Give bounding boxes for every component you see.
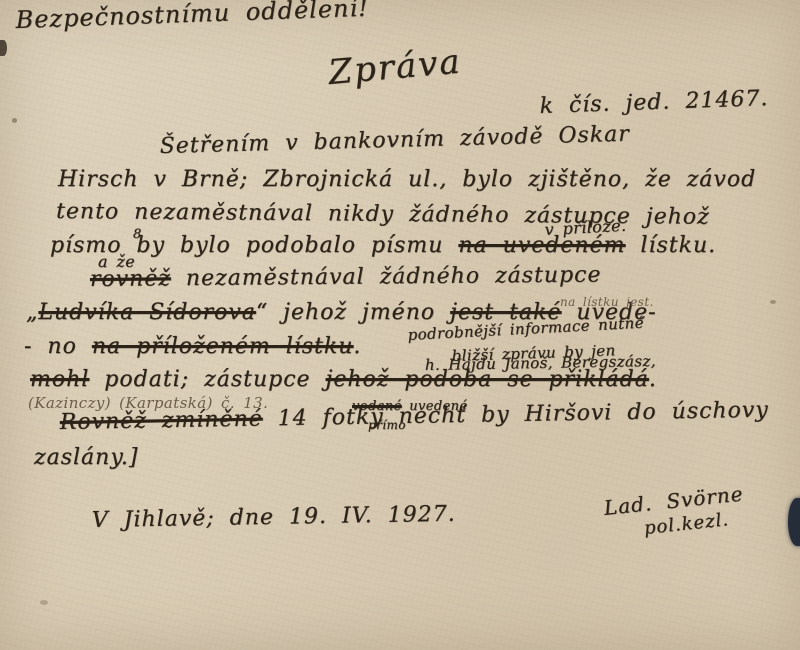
body-line-2: Hirsch v Brně; Zbrojnická ul., bylo zjiš… [58,169,756,191]
body-line-1: Šetřením v bankovním závodě Oskar [159,124,630,158]
document-title: Zpráva [327,45,463,90]
ink-stain-right-edge [788,498,800,546]
insertion-primo: přímo [368,419,406,431]
insertion-v-priloze: v příloze. [544,218,627,238]
body-line-4: písmo by bylo podobalo písmu na uvedeném… [50,235,716,257]
paper-speck [770,300,776,304]
header-note: Bezpečnostnímu oddělení! [15,0,369,32]
signature-title: pol.kezl. [643,511,730,538]
insertion-hajdu-janos-beregszasz: h. Hajdu Jánoš, Beregszász, [425,354,656,373]
ink-speck-left-edge [0,40,7,56]
insertion-mark-8: 8 [133,228,142,241]
insertion-uvedene: vodané uvedené [352,400,468,413]
body-line-8: mohl podati; zástupce jehož podoba se př… [30,369,657,391]
body-line-11: zaslány.] [34,447,138,469]
reference-number: k čís. jed. 21467. [539,88,768,118]
body-line-5: rovněž nezaměstnával žádného zástupce [90,265,602,291]
paper-speck [12,118,17,123]
body-line-7: - no na příloženém lístku. [24,336,361,358]
insertion-na-listku-jest: na lístku jest. [560,296,654,308]
paper-speck [40,600,48,605]
insertion-a-ze: a že [98,254,135,270]
place-and-date-line: V Jihlavě; dne 19. IV. 1927. [92,504,456,532]
scanned-handwritten-document: Bezpečnostnímu oddělení! Zpráva k čís. j… [0,0,800,650]
